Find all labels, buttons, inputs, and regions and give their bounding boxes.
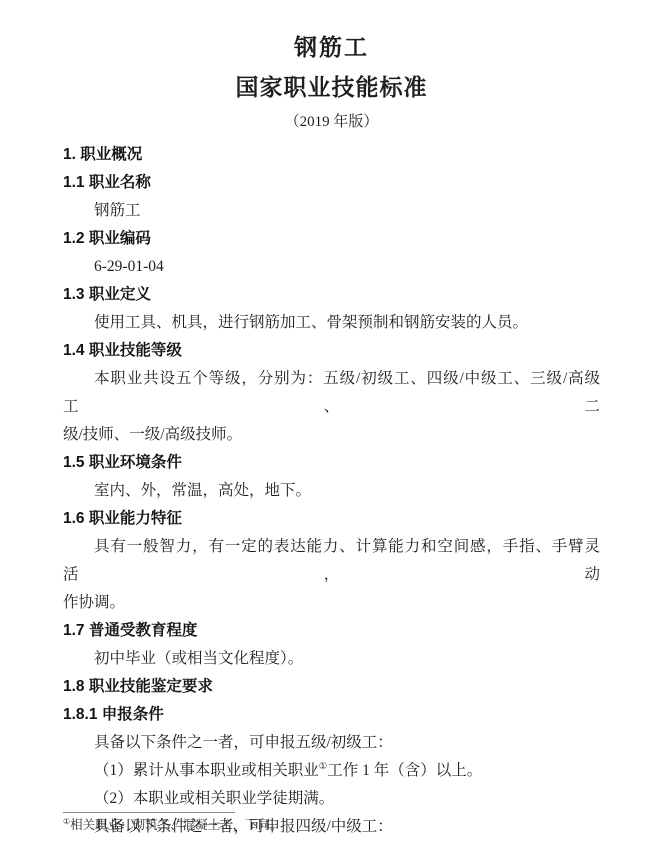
heading-skill-levels: 1.4 职业技能等级 xyxy=(63,337,600,365)
footnote: ①相关职业：砌筑工、混凝土工，下同。 xyxy=(63,816,600,835)
para-apply-level5-intro: 具备以下条件之一者，可申报五级/初级工： xyxy=(63,729,600,757)
para-ability-traits-line2: 作协调。 xyxy=(63,589,600,617)
para-occupation-code: 6-29-01-04 xyxy=(63,253,600,281)
sections: 1. 职业概况 1.1 职业名称 钢筋工 1.2 职业编码 6-29-01-04… xyxy=(63,141,600,841)
heading-assessment-requirements: 1.8 职业技能鉴定要求 xyxy=(63,673,600,701)
heading-occupation-code: 1.2 职业编码 xyxy=(63,225,600,253)
footnote-text: 相关职业：砌筑工、混凝土工，下同。 xyxy=(70,818,283,832)
footnote-area: ①相关职业：砌筑工、混凝土工，下同。 xyxy=(63,812,600,835)
heading-occupation-overview: 1. 职业概况 xyxy=(63,141,600,169)
para-apply-level5-item1: （1）累计从事本职业或相关职业①工作 1 年（含）以上。 xyxy=(63,757,600,785)
heading-application-conditions: 1.8.1 申报条件 xyxy=(63,701,600,729)
footnote-separator xyxy=(63,812,235,813)
heading-occupation-definition: 1.3 职业定义 xyxy=(63,281,600,309)
heading-ability-traits: 1.6 职业能力特征 xyxy=(63,505,600,533)
heading-work-environment: 1.5 职业环境条件 xyxy=(63,449,600,477)
para-apply-level5-item2: （2）本职业或相关职业学徒期满。 xyxy=(63,785,600,813)
para-work-environment: 室内、外，常温，高处，地下。 xyxy=(63,477,600,505)
para-skill-levels-line1: 本职业共设五个等级，分别为：五级/初级工、四级/中级工、三级/高级工、二 xyxy=(63,365,600,421)
item1-text-pre: （1）累计从事本职业或相关职业 xyxy=(94,762,319,779)
heading-occupation-name: 1.1 职业名称 xyxy=(63,169,600,197)
para-ability-traits-line1: 具有一般智力，有一定的表达能力、计算能力和空间感，手指、手臂灵活，动 xyxy=(63,533,600,589)
para-skill-levels-line2: 级/技师、一级/高级技师。 xyxy=(63,421,600,449)
para-occupation-definition: 使用工具、机具，进行钢筋加工、骨架预制和钢筋安装的人员。 xyxy=(63,309,600,337)
doc-subtitle: 国家职业技能标准 xyxy=(63,71,600,104)
heading-education-level: 1.7 普通受教育程度 xyxy=(63,617,600,645)
doc-edition: （2019 年版） xyxy=(63,111,600,134)
doc-title: 钢筋工 xyxy=(63,31,600,64)
para-education-level: 初中毕业（或相当文化程度）。 xyxy=(63,645,600,673)
document-page: 钢筋工 国家职业技能标准 （2019 年版） 1. 职业概况 1.1 职业名称 … xyxy=(0,0,663,847)
page-content: 钢筋工 国家职业技能标准 （2019 年版） 1. 职业概况 1.1 职业名称 … xyxy=(0,31,663,841)
item1-text-post: 工作 1 年（含）以上。 xyxy=(327,762,482,779)
para-occupation-name: 钢筋工 xyxy=(63,197,600,225)
